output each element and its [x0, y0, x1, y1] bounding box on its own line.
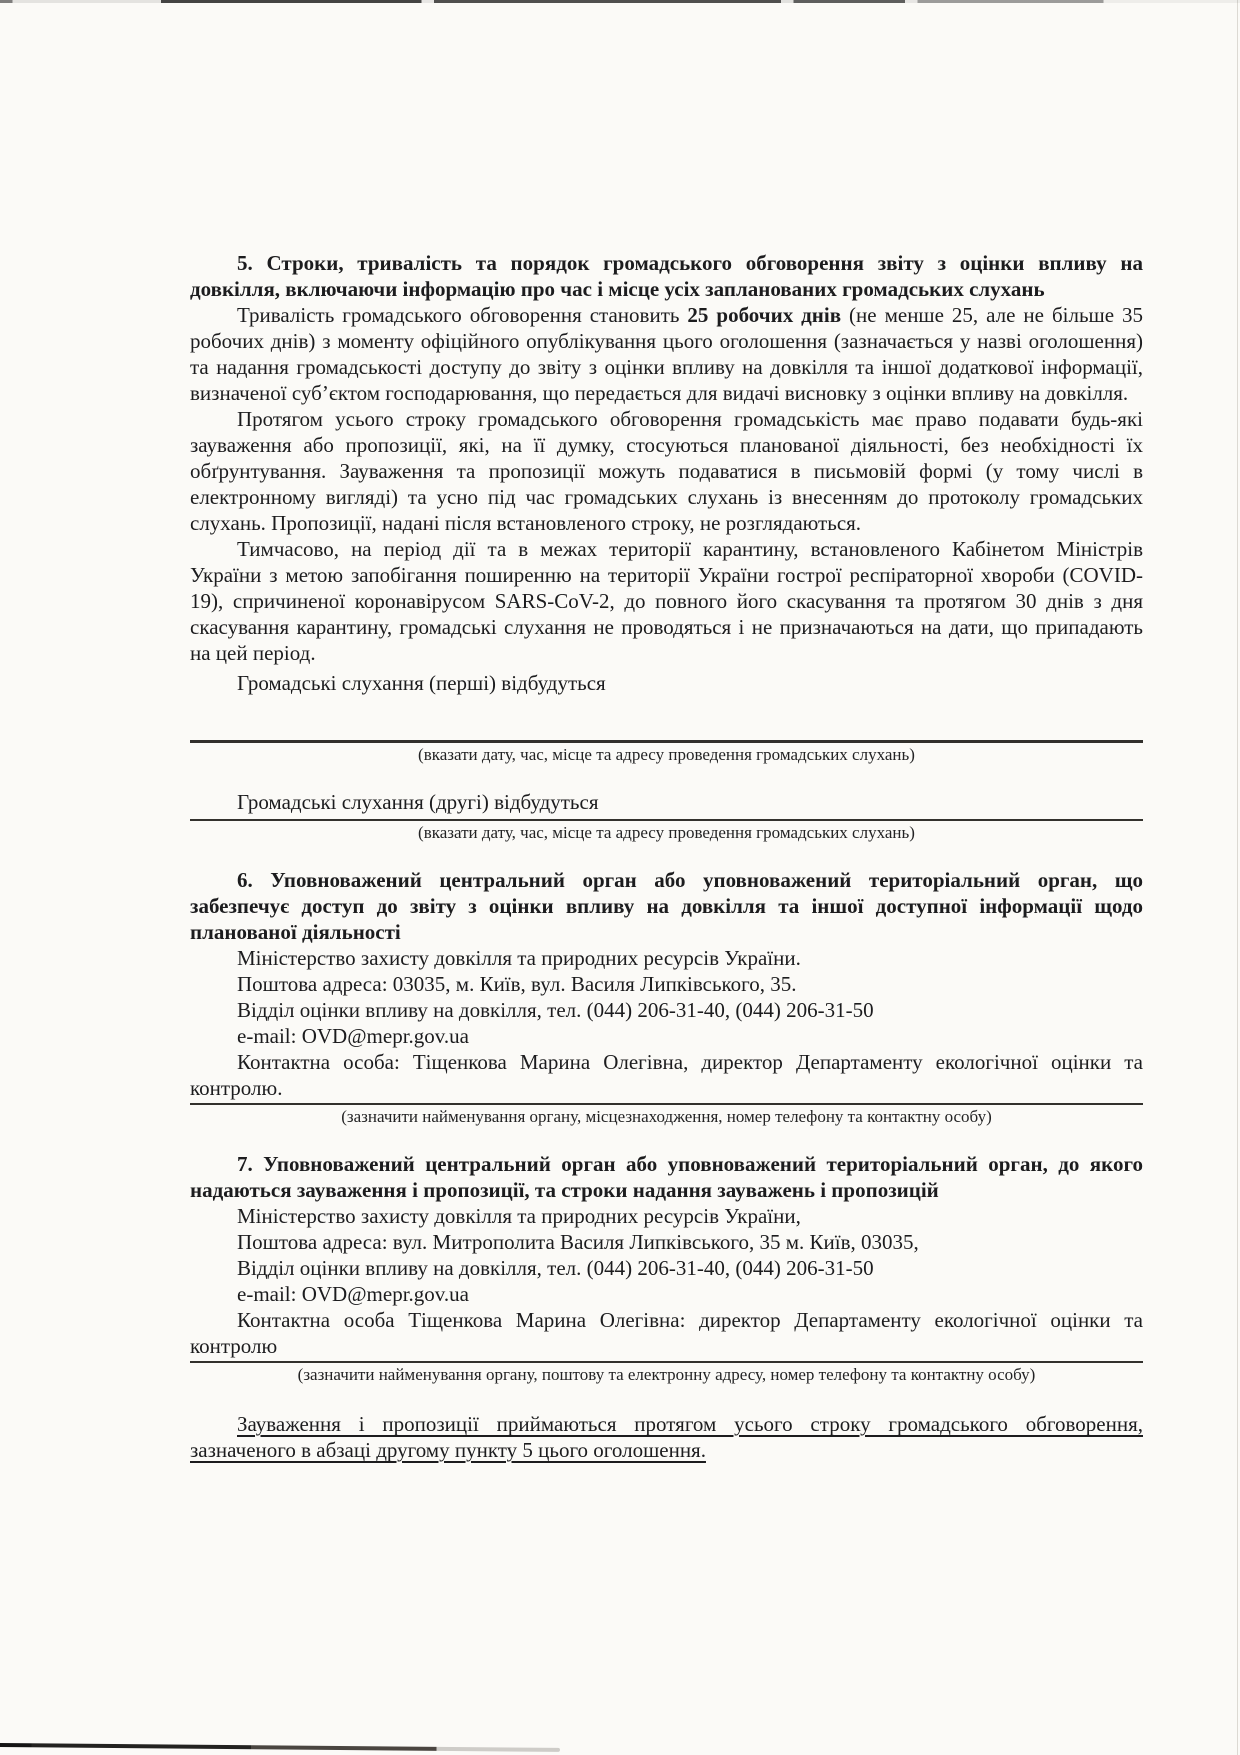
section-7-contact-person: Контактна особа Тіщенкова Марина Олегівн…	[190, 1307, 1143, 1359]
section-7-ministry-line: Міністерство захисту довкілля та природн…	[190, 1203, 1143, 1229]
scan-artifact-bottom-line	[0, 1743, 560, 1752]
section-5-paragraph-duration: Тривалість громадського обговорення стан…	[190, 302, 1143, 406]
hearings-first-hint: (вказати дату, час, місце та адресу пров…	[190, 745, 1143, 765]
section-7-hint: (зазначити найменування органу, поштову …	[190, 1365, 1143, 1385]
section-7-heading: 7. Уповноважений центральний орган або у…	[190, 1151, 1143, 1203]
section-6-contact-ruled-block: Контактна особа: Тіщенкова Марина Олегів…	[190, 1049, 1143, 1105]
section-6-contact-person: Контактна особа: Тіщенкова Марина Олегів…	[190, 1049, 1143, 1101]
section-6-ministry-line: Міністерство захисту довкілля та природн…	[190, 945, 1143, 971]
hearings-first-blank-fill-line	[190, 696, 1143, 743]
section-5-paragraph-quarantine: Тимчасово, на період дії та в межах тери…	[190, 536, 1143, 666]
scan-artifact-top-edge	[0, 0, 1240, 3]
section-7-email-line: e-mail: OVD@mepr.gov.ua	[190, 1281, 1143, 1307]
section-7-postal-address-line: Поштова адреса: вул. Митрополита Василя …	[190, 1229, 1143, 1255]
hearings-second-hint: (вказати дату, час, місце та адресу пров…	[190, 823, 1143, 843]
section-7-department-phone-line: Відділ оцінки впливу на довкілля, тел. (…	[190, 1255, 1143, 1281]
hearings-first-label: Громадські слухання (перші) відбудуться	[190, 670, 1143, 696]
scan-artifact-right-edge	[1237, 0, 1238, 1755]
section-6-hint: (зазначити найменування органу, місцезна…	[190, 1107, 1143, 1127]
paragraph-text: Тривалість громадського обговорення стан…	[237, 303, 687, 327]
hearings-second-blank-fill-line: Громадські слухання (другі) відбудуться	[190, 789, 1143, 821]
section-6-department-phone-line: Відділ оцінки впливу на довкілля, тел. (…	[190, 997, 1143, 1023]
section-5-heading: 5. Строки, тривалість та порядок громадс…	[190, 250, 1143, 302]
section-6-email-line: e-mail: OVD@mepr.gov.ua	[190, 1023, 1143, 1049]
hearings-second-label: Громадські слухання (другі) відбудуться	[190, 789, 1143, 815]
closing-underlined-paragraph: Зауваження і пропозиції приймаються прот…	[190, 1411, 1143, 1463]
scanned-document-page: 5. Строки, тривалість та порядок громадс…	[0, 0, 1240, 1755]
document-body: 5. Строки, тривалість та порядок громадс…	[190, 250, 1143, 1463]
duration-bold-value: 25 робочих днів	[687, 303, 841, 327]
section-6-heading: 6. Уповноважений центральний орган або у…	[190, 867, 1143, 945]
section-7-contact-ruled-block: Контактна особа Тіщенкова Марина Олегівн…	[190, 1307, 1143, 1363]
section-6-postal-address-line: Поштова адреса: 03035, м. Київ, вул. Вас…	[190, 971, 1143, 997]
section-5-paragraph-comments: Протягом усього строку громадського обго…	[190, 406, 1143, 536]
